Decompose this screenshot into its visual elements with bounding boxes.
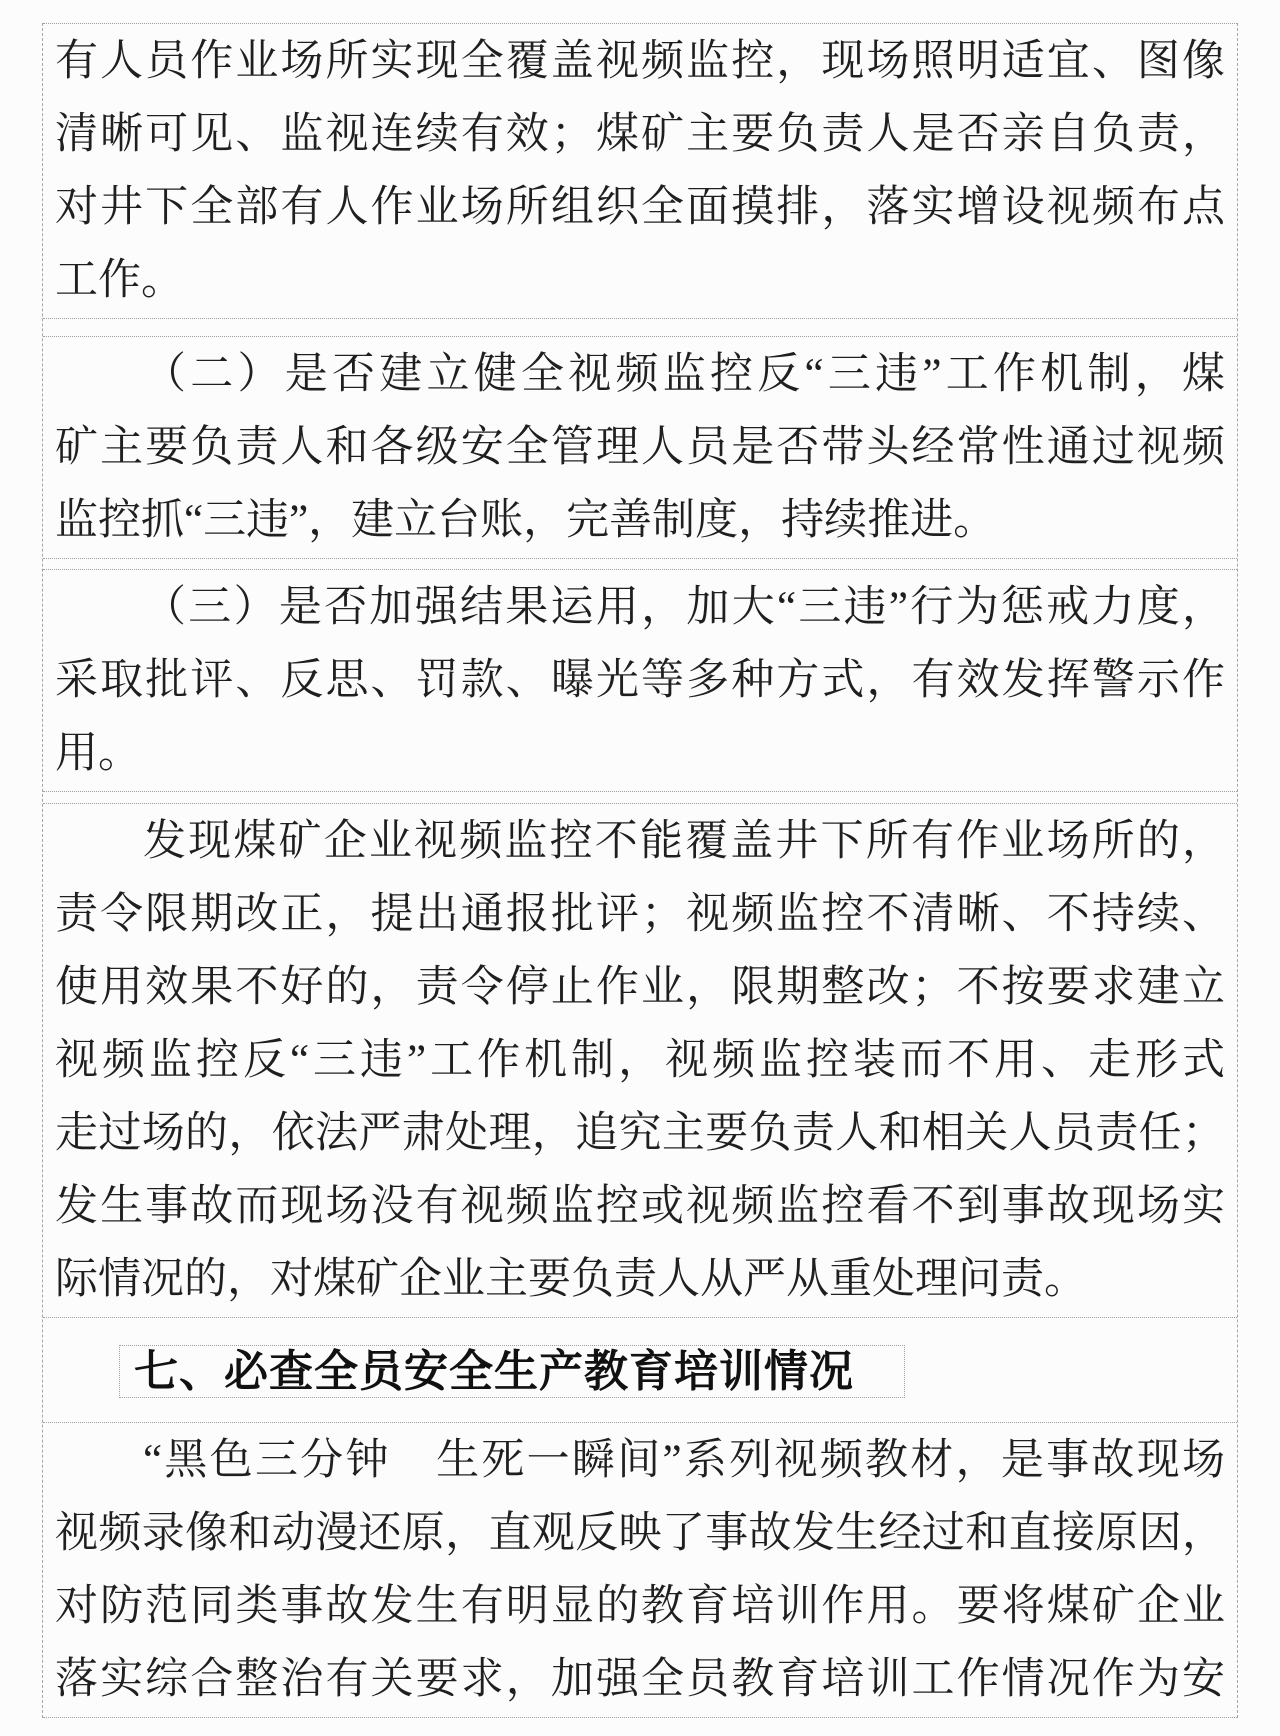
text-line: 发现煤矿企业视频监控不能覆盖井下所有作业场所的， [55,805,1225,878]
text-line: （三）是否加强结果运用，加大“三违”行为惩戒力度， [55,571,1225,644]
text-line: 清晰可见、监视连续有效；煤矿主要负责人是否亲自负责， [55,98,1225,171]
text-line: （二）是否建立健全视频监控反“三违”工作机制，煤 [55,338,1225,411]
text-line: 工作。 [55,244,1225,317]
text-line: 采取批评、反思、罚款、曝光等多种方式，有效发挥警示作 [55,644,1225,717]
text-line: 使用效果不好的，责令停止作业，限期整改；不按要求建立 [55,951,1225,1024]
section-heading: 七、必查全员安全生产教育培训情况 [134,1347,854,1396]
paragraph-block-5: “黑色三分钟 生死一瞬间”系列视频教材，是事故现场 视频录像和动漫还原，直观反映… [43,1422,1237,1718]
text-line: 走过场的，依法严肃处理，追究主要负责人和相关人员责任； [55,1097,1225,1170]
text-column: 有人员作业场所实现全覆盖视频监控，现场照明适宜、图像 清晰可见、监视连续有效；煤… [42,23,1238,1718]
paragraph-block-1: 有人员作业场所实现全覆盖视频监控，现场照明适宜、图像 清晰可见、监视连续有效；煤… [43,23,1237,319]
paragraph-block-4: 发现煤矿企业视频监控不能覆盖井下所有作业场所的， 责令限期改正，提出通报批评；视… [43,803,1237,1318]
text-line: 用。 [55,717,1225,790]
text-line: 有人员作业场所实现全覆盖视频监控，现场照明适宜、图像 [55,25,1225,98]
text-line: 发生事故而现场没有视频监控或视频监控看不到事故现场实 [55,1170,1225,1243]
section-heading-box: 七、必查全员安全生产教育培训情况 [119,1345,905,1398]
paragraph-block-2: （二）是否建立健全视频监控反“三违”工作机制，煤 矿主要负责人和各级安全管理人员… [43,336,1237,559]
text-line: 矿主要负责人和各级安全管理人员是否带头经常性通过视频 [55,411,1225,484]
paragraph-block-3: （三）是否加强结果运用，加大“三违”行为惩戒力度， 采取批评、反思、罚款、曝光等… [43,569,1237,792]
document-page: 有人员作业场所实现全覆盖视频监控，现场照明适宜、图像 清晰可见、监视连续有效；煤… [0,0,1280,1736]
text-line: 际情况的，对煤矿企业主要负责人从严从重处理问责。 [55,1243,1225,1316]
text-line: 对防范同类事故发生有明显的教育培训作用。要将煤矿企业 [55,1570,1225,1643]
text-line: 对井下全部有人作业场所组织全面摸排，落实增设视频布点 [55,171,1225,244]
text-line: 监控抓“三违”，建立台账，完善制度，持续推进。 [55,484,1225,557]
text-line: “黑色三分钟 生死一瞬间”系列视频教材，是事故现场 [55,1424,1225,1497]
text-line: 视频录像和动漫还原，直观反映了事故发生经过和直接原因， [55,1497,1225,1570]
text-line: 责令限期改正，提出通报批评；视频监控不清晰、不持续、 [55,878,1225,951]
text-line: 落实综合整治有关要求，加强全员教育培训工作情况作为安 [55,1643,1225,1716]
text-line: 视频监控反“三违”工作机制，视频监控装而不用、走形式 [55,1024,1225,1097]
